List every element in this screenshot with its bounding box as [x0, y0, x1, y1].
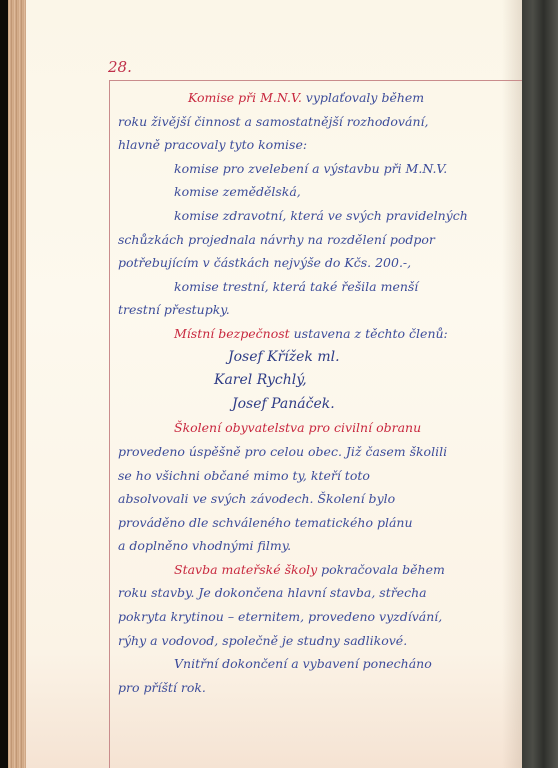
text-line: komise zdravotní, která ve svých pravide… — [118, 204, 518, 228]
text-line: komise pro zvelebení a výstavbu při M.N.… — [118, 157, 518, 181]
section-lead: ustavena z těchto členů: — [290, 326, 448, 341]
member-name: Josef Křížek ml. — [118, 346, 518, 370]
book-spine — [0, 0, 8, 768]
section-lead: pokračovala během — [317, 562, 445, 577]
left-margin-rule — [109, 80, 110, 768]
text-line: prováděno dle schváleného tematického pl… — [118, 511, 518, 535]
text-line: Vnitřní dokončení a vybavení ponecháno — [118, 652, 518, 676]
text-line: trestní přestupky. — [118, 298, 518, 322]
section-heading: Stavba mateřské školy — [174, 562, 317, 577]
top-margin-rule — [109, 80, 522, 81]
text-line: se ho všichni občané mimo ty, kteří toto — [118, 464, 518, 488]
text-line: potřebujícím v částkách nejvýše do Kčs. … — [118, 251, 518, 275]
text-line: pro příští rok. — [118, 676, 518, 700]
page-edges — [8, 0, 26, 768]
page-number: 28. — [108, 58, 132, 76]
text-line: rýhy a vodovod, společně je studny sadli… — [118, 629, 518, 653]
section-komise-heading-line: Komise při M.N.V. vyplaťovaly během — [118, 86, 518, 110]
section-heading: Místní bezpečnost — [174, 326, 290, 341]
handwritten-text: Komise při M.N.V. vyplaťovaly během roku… — [118, 86, 518, 699]
text-line: roku stavby. Je dokončena hlavní stavba,… — [118, 581, 518, 605]
book-gutter — [522, 0, 558, 768]
section-bezpecnost-heading-line: Místní bezpečnost ustavena z těchto člen… — [118, 322, 518, 346]
text-line: pokryta krytinou – eternitem, provedeno … — [118, 605, 518, 629]
text-line: komise trestní, která také řešila menší — [118, 275, 518, 299]
text-line: a doplněno vhodnými filmy. — [118, 534, 518, 558]
text-line: schůzkách projednala návrhy na rozdělení… — [118, 228, 518, 252]
text-line: provedeno úspěšně pro celou obec. Již ča… — [118, 440, 518, 464]
text-line: absolvovali ve svých závodech. Školení b… — [118, 487, 518, 511]
section-stavba-heading-line: Stavba mateřské školy pokračovala během — [118, 558, 518, 582]
member-name: Karel Rychlý, — [118, 369, 518, 393]
section-heading: Komise při M.N.V. — [188, 90, 302, 105]
text-line: komise zemědělská, — [118, 180, 518, 204]
text-line: roku živější činnost a samostatnější roz… — [118, 110, 518, 134]
text-line: hlavně pracovaly tyto komise: — [118, 133, 518, 157]
section-skoleni-heading: Školení obyvatelstva pro civilní obranu — [118, 416, 518, 440]
section-lead: vyplaťovaly během — [302, 90, 424, 105]
member-name: Josef Panáček. — [118, 393, 518, 417]
